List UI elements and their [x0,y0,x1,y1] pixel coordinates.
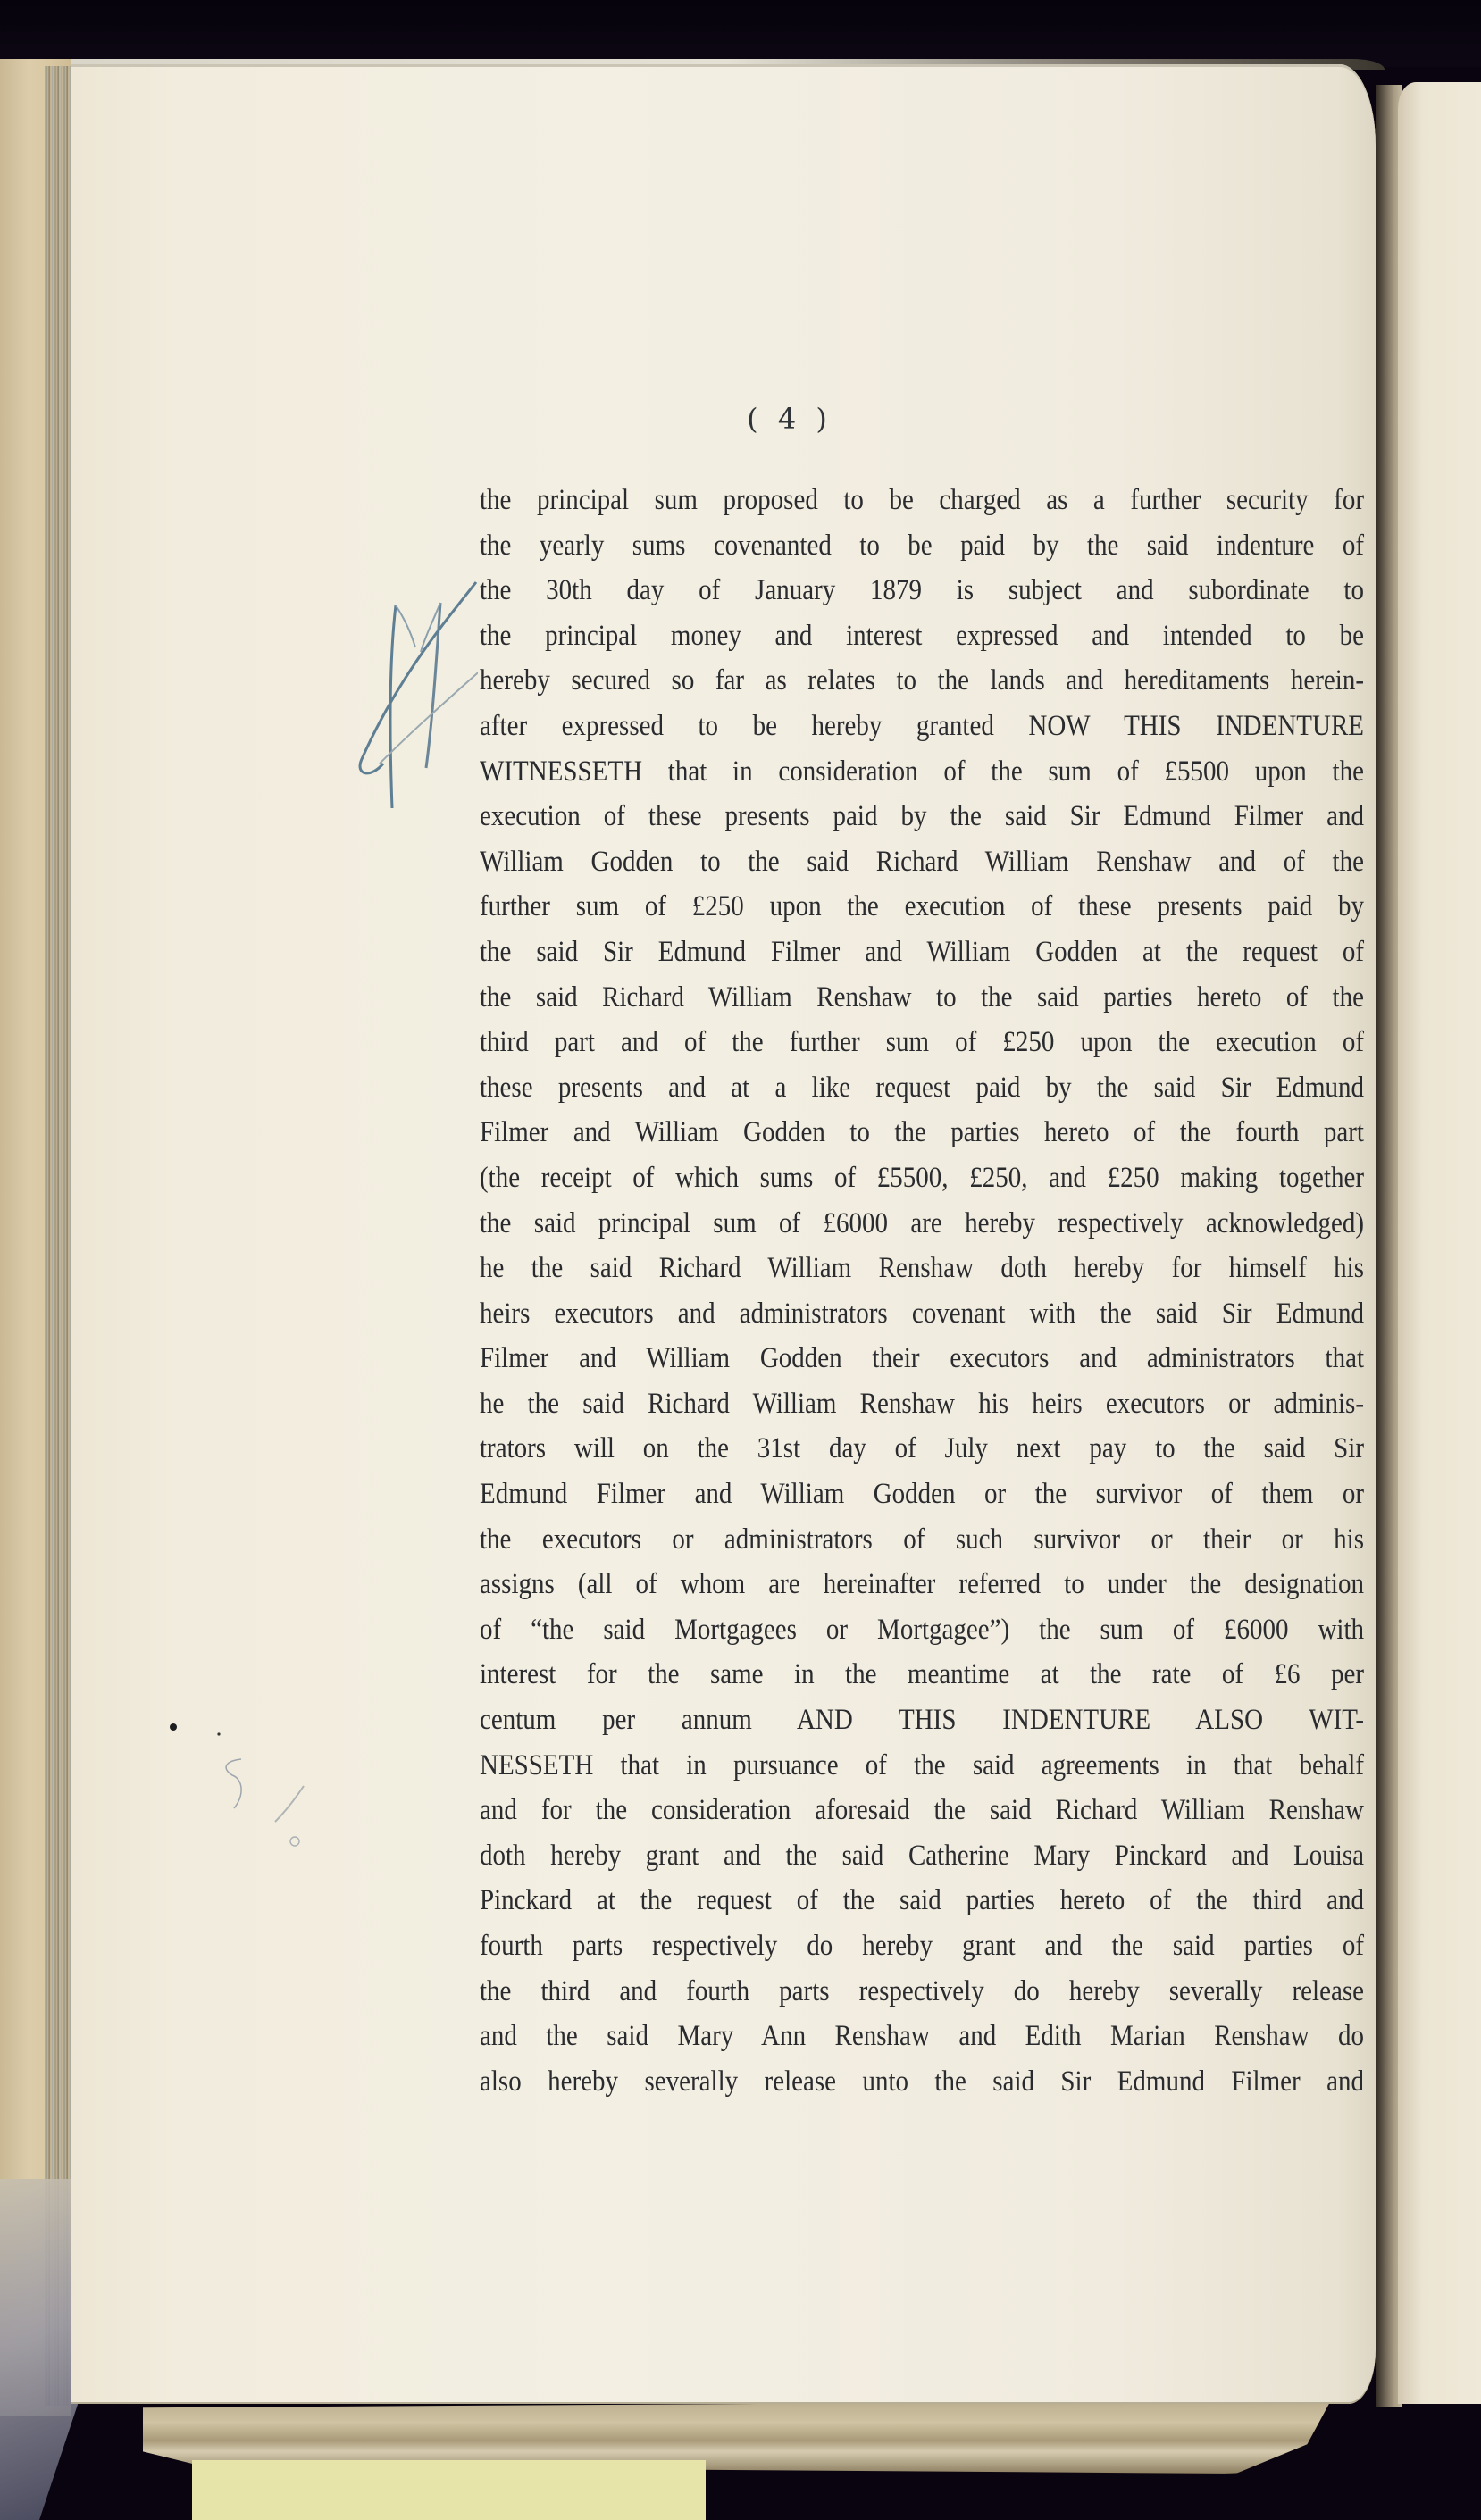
text-line: these presents and at a like request pai… [480,1063,1364,1114]
text-line: (the receipt of which sums of £5500, £25… [480,1153,1364,1204]
text-line: the said principal sum of £6000 are here… [480,1197,1364,1248]
text-line: assigns (all of whom are hereinafter ref… [480,1559,1364,1610]
text-line: the executors or administrators of such … [480,1515,1364,1565]
text-line: William Godden to the said Richard Willi… [480,837,1364,888]
text-line: also hereby severally release unto the s… [480,2057,1364,2107]
text-line: he the said Richard William Renshaw doth… [480,1243,1364,1294]
text-line: he the said Richard William Renshaw his … [480,1379,1364,1430]
text-line: fourth parts respectively do hereby gran… [480,1921,1364,1972]
text-line: the yearly sums covenanted to be paid by… [480,521,1364,572]
text-line: Edmund Filmer and William Godden or the … [480,1469,1364,1520]
document-body: the principal sum proposed to be charged… [480,478,1364,2104]
text-line: doth hereby grant and the said Catherine… [480,1831,1364,1882]
text-line: further sum of £250 upon the execution o… [480,881,1364,932]
text-line: execution of these presents paid by the … [480,791,1364,842]
text-line: Filmer and William Godden their executor… [480,1333,1364,1384]
text-line: the third and fourth parts respectively … [480,1966,1364,2017]
text-line: WITNESSETH that in consideration of the … [480,747,1364,797]
text-line: the principal money and interest express… [480,611,1364,662]
text-line: of “the said Mortgagees or Mortgagee”) t… [480,1605,1364,1656]
text-line: Pinckard at the request of the said part… [480,1875,1364,1926]
text-line: and for the consideration aforesaid the … [480,1785,1364,1836]
text-line: hereby secured so far as relates to the … [480,655,1364,706]
text-line: third part and of the further sum of £25… [480,1017,1364,1068]
text-line: centum per annum AND THIS INDENTURE ALSO… [480,1695,1364,1746]
paper-slip [192,2460,706,2520]
text-line: the said Richard William Renshaw to the … [480,972,1364,1022]
text-line: the 30th day of January 1879 is subject … [480,565,1364,616]
text-line: trators will on the 31st day of July nex… [480,1423,1364,1474]
text-line: the principal sum proposed to be charged… [480,475,1364,526]
text-line: and the said Mary Ann Renshaw and Edith … [480,2011,1364,2062]
text-line: Filmer and William Godden to the parties… [480,1107,1364,1158]
page-number: ( 4 ) [0,402,1481,436]
text-line: interest for the same in the meantime at… [480,1649,1364,1700]
faint-margin-marks-icon [170,1697,313,1857]
text-line: NESSETH that in pursuance of the said ag… [480,1740,1364,1791]
text-line: the said Sir Edmund Filmer and William G… [480,927,1364,978]
handwritten-margin-mark-icon [344,580,478,813]
text-line: after expressed to be hereby granted NOW… [480,701,1364,752]
scan-background-top [0,0,1481,67]
text-line: heirs executors and administrators coven… [480,1289,1364,1339]
